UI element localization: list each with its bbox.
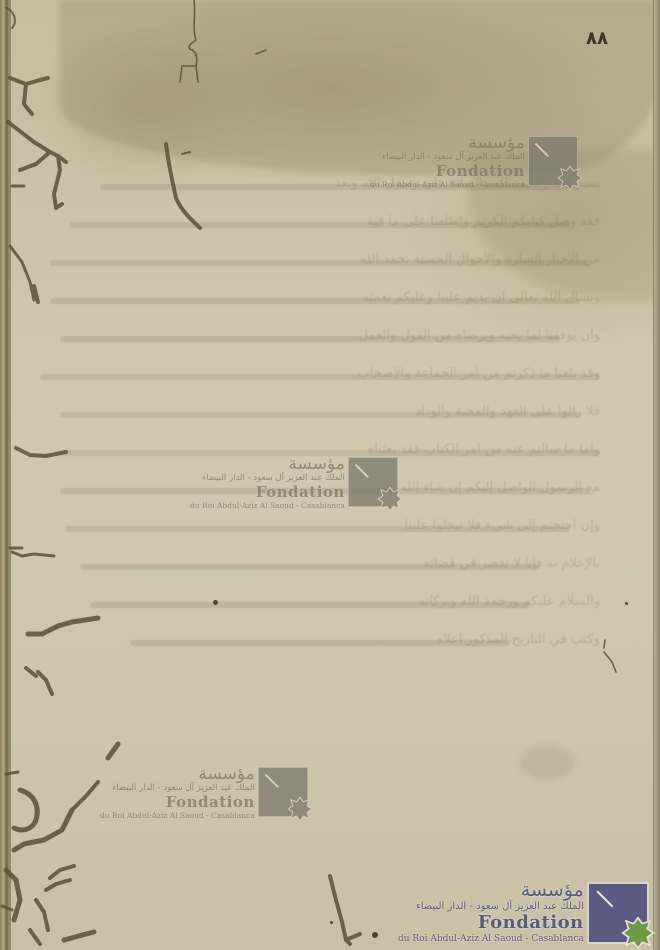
logo-star-icon (377, 486, 403, 512)
logo-slash-icon (265, 774, 279, 788)
watermark-text: مؤسسة الملك عبد العزيز آل سعود - الدار ا… (190, 455, 345, 511)
watermark-french-subtitle: du Roi Abdul-Aziz Al Saoud - Casablanca (370, 180, 525, 190)
logo-slash-icon (355, 464, 369, 478)
watermark-french-subtitle: du Roi Abdul-Aziz Al Saoud - Casablanca (398, 933, 584, 945)
watermark-logo-center: مؤسسة الملك عبد العزيز آل سعود - الدار ا… (190, 455, 398, 511)
watermark-french-title: Fondation (190, 484, 345, 501)
logo-star-icon (557, 165, 583, 191)
manuscript-page: ٨٨ بسم الله والحمد لله والصلاة على رسول … (0, 0, 660, 950)
watermark-logo-lower-left: مؤسسة الملك عبد العزيز آل سعود - الدار ا… (100, 765, 308, 821)
watermark-text: مؤسسة الملك عبد العزيز آل سعود - الدار ا… (370, 134, 525, 190)
foundation-logo-icon (258, 767, 308, 817)
watermark-arabic-title: مؤسسة (190, 455, 345, 473)
watermark-arabic-title: مؤسسة (100, 765, 255, 783)
watermark-french-subtitle: du Roi Abdul-Aziz Al Saoud - Casablanca (100, 811, 255, 821)
watermark-arabic-title: مؤسسة (398, 880, 584, 900)
logo-star-icon (621, 916, 655, 950)
watermark-french-title: Fondation (100, 794, 255, 811)
watermark-text: مؤسسة الملك عبد العزيز آل سعود - الدار ا… (100, 765, 255, 821)
foundation-logo-icon (528, 136, 578, 186)
watermark-text: مؤسسة الملك عبد العزيز آل سعود - الدار ا… (398, 880, 584, 945)
foundation-logo-icon (348, 457, 398, 507)
logo-slash-icon (535, 143, 549, 157)
ink-speck (330, 921, 333, 924)
ink-speck (372, 932, 378, 938)
logo-star-icon (287, 796, 313, 822)
watermark-logo-corner: مؤسسة الملك عبد العزيز آل سعود - الدار ا… (398, 880, 649, 945)
logo-slash-icon (596, 890, 613, 907)
watermark-logo-upper-right: مؤسسة الملك عبد العزيز آل سعود - الدار ا… (370, 134, 578, 190)
ink-speck (213, 600, 218, 605)
watermark-french-title: Fondation (370, 163, 525, 180)
watermark-french-title: Fondation (398, 913, 584, 933)
ink-speck (625, 602, 628, 605)
foundation-logo-icon (587, 882, 649, 944)
watermark-arabic-title: مؤسسة (370, 134, 525, 152)
watermark-french-subtitle: du Roi Abdul-Aziz Al Saoud - Casablanca (190, 501, 345, 511)
